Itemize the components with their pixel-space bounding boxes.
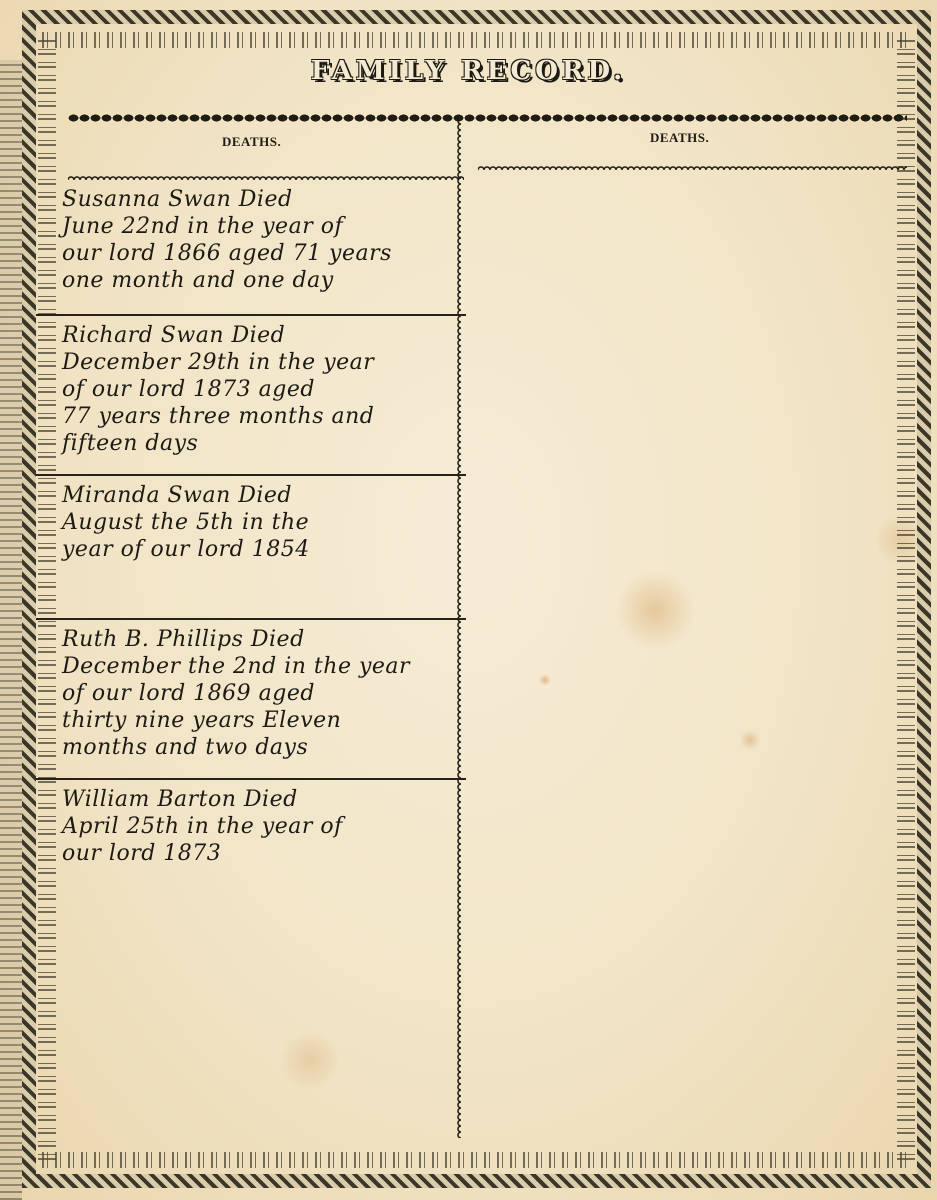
death-entry: Richard Swan Died December 29th in the y… <box>36 316 466 476</box>
entry-line: April 25th in the year of <box>62 813 458 840</box>
entry-line: months and two days <box>62 734 458 761</box>
entry-line: Richard Swan Died <box>62 322 458 349</box>
entry-line: 77 years three months and <box>62 403 458 430</box>
header-rule-right <box>478 166 907 171</box>
entry-line: of our lord 1873 aged <box>62 376 458 403</box>
entry-line: Ruth B. Phillips Died <box>62 626 458 653</box>
death-entries-list: Susanna Swan Died June 22nd in the year … <box>36 180 466 900</box>
entry-line: thirty nine years Eleven <box>62 707 458 734</box>
column-heading-left: DEATHS. <box>222 134 281 150</box>
entry-line: our lord 1866 aged 71 years <box>62 240 458 267</box>
border-fringe-right <box>897 40 915 1160</box>
border-fringe-bottom <box>42 1152 913 1168</box>
entry-line: Susanna Swan Died <box>62 186 458 213</box>
entry-line: December 29th in the year <box>62 349 458 376</box>
death-entry: Susanna Swan Died June 22nd in the year … <box>36 180 466 316</box>
entry-line: fifteen days <box>62 430 458 457</box>
entry-line: August the 5th in the <box>62 509 458 536</box>
entry-line: December the 2nd in the year <box>62 653 458 680</box>
border-fringe-top <box>42 32 913 48</box>
family-record-page: FAMILY RECORD. DEATHS. DEATHS. Susanna S… <box>0 0 937 1200</box>
column-heading-right: DEATHS. <box>650 130 709 146</box>
adjacent-page-edge <box>0 60 22 1200</box>
death-entry: William Barton Died April 25th in the ye… <box>36 780 466 900</box>
entry-line: June 22nd in the year of <box>62 213 458 240</box>
death-entry: Ruth B. Phillips Died December the 2nd i… <box>36 620 466 780</box>
entry-line: Miranda Swan Died <box>62 482 458 509</box>
entry-line: of our lord 1869 aged <box>62 680 458 707</box>
entry-line: one month and one day <box>62 267 458 294</box>
page-title: FAMILY RECORD. <box>0 56 937 86</box>
entry-line: year of our lord 1854 <box>62 536 458 563</box>
entry-line: our lord 1873 <box>62 840 458 867</box>
death-entry: Miranda Swan Died August the 5th in the … <box>36 476 466 620</box>
entry-line: William Barton Died <box>62 786 458 813</box>
beaded-rule <box>68 114 907 122</box>
